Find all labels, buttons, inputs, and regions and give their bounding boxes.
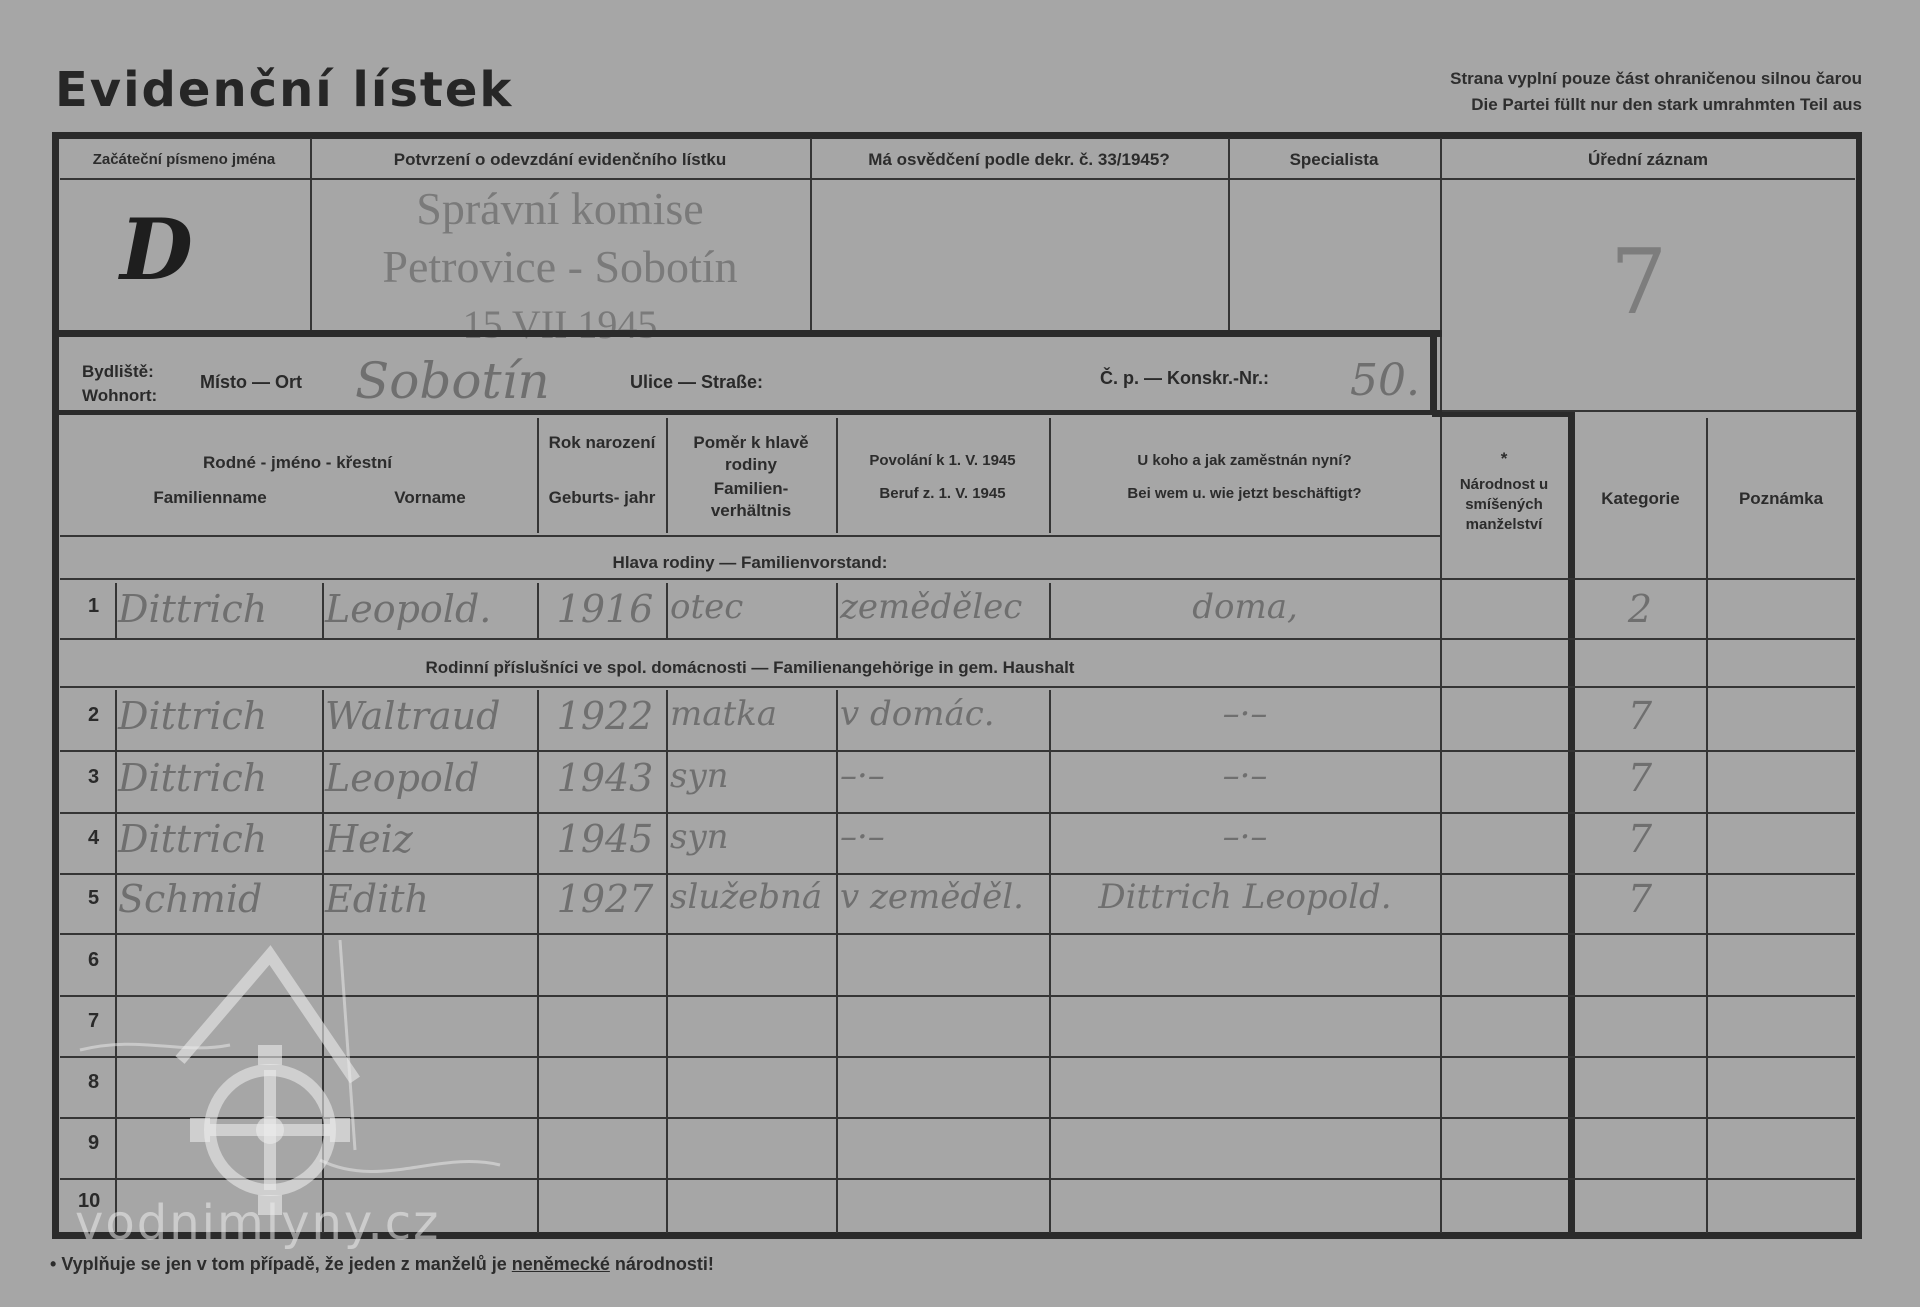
cell-firstname: Leopold. <box>325 587 535 631</box>
header-confirmation: Potvrzení o odevzdání evidenčního lístku <box>312 149 808 171</box>
cell-relation: syn <box>670 817 835 857</box>
row-number: 3 <box>88 766 99 789</box>
footnote-text: Vyplňuje se jen v tom případě, že jeden … <box>61 1254 511 1274</box>
row-number: 1 <box>88 595 99 618</box>
header-category: Kategorie <box>1577 488 1704 510</box>
row-number: 7 <box>88 1010 99 1033</box>
cell-firstname: Leopold <box>325 756 535 800</box>
footnote-bullet: • <box>50 1254 56 1274</box>
cell-surname: Dittrich <box>118 756 318 800</box>
document-title: Evidenční lístek <box>55 62 513 118</box>
header-initial: Začáteční písmeno jména <box>60 150 308 170</box>
cell-category: 7 <box>1580 817 1700 861</box>
cell-employer: –·– <box>1055 756 1435 796</box>
section-family-members: Rodinní příslušníci ve spol. domácnosti … <box>60 657 1440 679</box>
frame-left <box>52 132 59 1237</box>
header-nationality: Národnost u smíšených manželství <box>1446 475 1562 535</box>
cell-relation: služebná <box>670 877 835 917</box>
cell-occupation: zemědělec <box>840 587 1045 627</box>
cell-relation: matka <box>670 694 835 734</box>
street-label: Ulice — Straße: <box>630 372 763 393</box>
row-number: 4 <box>88 827 99 850</box>
house-number-value: 50. <box>1350 355 1420 406</box>
house-number-label: Č. p. — Konskr.-Nr.: <box>1100 368 1269 389</box>
header-employer-cz: U koho a jak zaměstnán nyní? <box>1051 451 1438 471</box>
cell-employer: –·– <box>1055 694 1435 734</box>
footnote-underlined: neněmecké <box>512 1254 610 1274</box>
cell-employer: doma, <box>1055 587 1435 627</box>
frame-right <box>1856 132 1862 1237</box>
cell-surname: Schmid <box>118 877 318 921</box>
row-number: 2 <box>88 704 99 727</box>
header-occupation-cz: Povolání k 1. V. 1945 <box>838 451 1047 471</box>
footnote-text-end: národnosti! <box>610 1254 714 1274</box>
watermark-text: vodnimlyny.cz <box>75 1195 440 1251</box>
footnote: • Vyplňuje se jen v tom případě, že jede… <box>50 1254 714 1275</box>
cell-occupation: –·– <box>840 817 1045 857</box>
cell-relation: syn <box>670 756 835 796</box>
confirmation-stamp: Správní komise Petrovice - Sobotín 15 VI… <box>315 180 805 354</box>
row-number: 8 <box>88 1071 99 1094</box>
instructions: Strana vyplní pouze část ohraničenou sil… <box>1450 66 1862 118</box>
cell-firstname: Waltraud <box>325 694 535 738</box>
header-familyname: Familienname <box>110 487 310 509</box>
row-number: 5 <box>88 887 99 910</box>
header-specialist: Specialista <box>1230 149 1438 171</box>
header-firstname: Vorname <box>350 487 510 509</box>
cell-relation: otec <box>670 587 835 627</box>
cell-category: 7 <box>1580 694 1700 738</box>
header-relation-de: Familien- verhältnis <box>690 478 812 522</box>
header-occupation-de: Beruf z. 1. V. 1945 <box>838 484 1047 504</box>
cell-year: 1922 <box>545 694 665 738</box>
header-birth-de: Geburts- jahr <box>545 487 659 509</box>
initial-letter: D <box>120 200 193 299</box>
instruction-de: Die Partei füllt nur den stark umrahmten… <box>1450 92 1862 118</box>
cell-surname: Dittrich <box>118 694 318 738</box>
residence-label: Bydliště: Wohnort: <box>82 360 157 408</box>
cell-category: 2 <box>1580 587 1700 631</box>
cell-surname: Dittrich <box>118 817 318 861</box>
header-official-record: Úřední záznam <box>1442 149 1854 171</box>
cell-employer: Dittrich Leopold. <box>1055 877 1435 917</box>
row-number: 9 <box>88 1132 99 1155</box>
cell-firstname: Heiz <box>325 817 535 861</box>
header-note: Poznámka <box>1708 488 1854 510</box>
header-relation-cz: Poměr k hlavě rodiny <box>668 432 834 476</box>
nationality-footnote-mark: * <box>1442 448 1566 470</box>
cell-employer: –·– <box>1055 817 1435 857</box>
cell-surname: Dittrich <box>118 587 318 631</box>
stamp-line-1: Správní komise <box>315 180 805 238</box>
cell-year: 1916 <box>545 587 665 631</box>
cell-firstname: Edith <box>325 877 535 921</box>
official-record-value: 7 <box>1610 230 1667 335</box>
place-label: Místo — Ort <box>200 372 302 393</box>
frame-top <box>52 132 1862 139</box>
header-certificate: Má osvědčení podle dekr. č. 33/1945? <box>812 149 1226 171</box>
place-value: Sobotín <box>355 352 550 410</box>
header-birth-cz: Rok narození <box>540 432 664 454</box>
cell-category: 7 <box>1580 877 1700 921</box>
row-number: 6 <box>88 949 99 972</box>
cell-year: 1945 <box>545 817 665 861</box>
cell-occupation: v zeměděl. <box>840 877 1045 917</box>
instruction-cz: Strana vyplní pouze část ohraničenou sil… <box>1450 66 1862 92</box>
stamp-line-3: 15 VII 1945 <box>315 296 805 354</box>
cell-occupation: v domác. <box>840 694 1045 734</box>
stamp-line-2: Petrovice - Sobotín <box>315 238 805 296</box>
section-head-of-family: Hlava rodiny — Familienvorstand: <box>60 552 1440 574</box>
cell-occupation: –·– <box>840 756 1045 796</box>
header-employer-de: Bei wem u. wie jetzt beschäftigt? <box>1051 484 1438 504</box>
header-name-cz: Rodné - jméno - křestní <box>60 452 535 474</box>
cell-year: 1927 <box>545 877 665 921</box>
cell-year: 1943 <box>545 756 665 800</box>
cell-category: 7 <box>1580 756 1700 800</box>
